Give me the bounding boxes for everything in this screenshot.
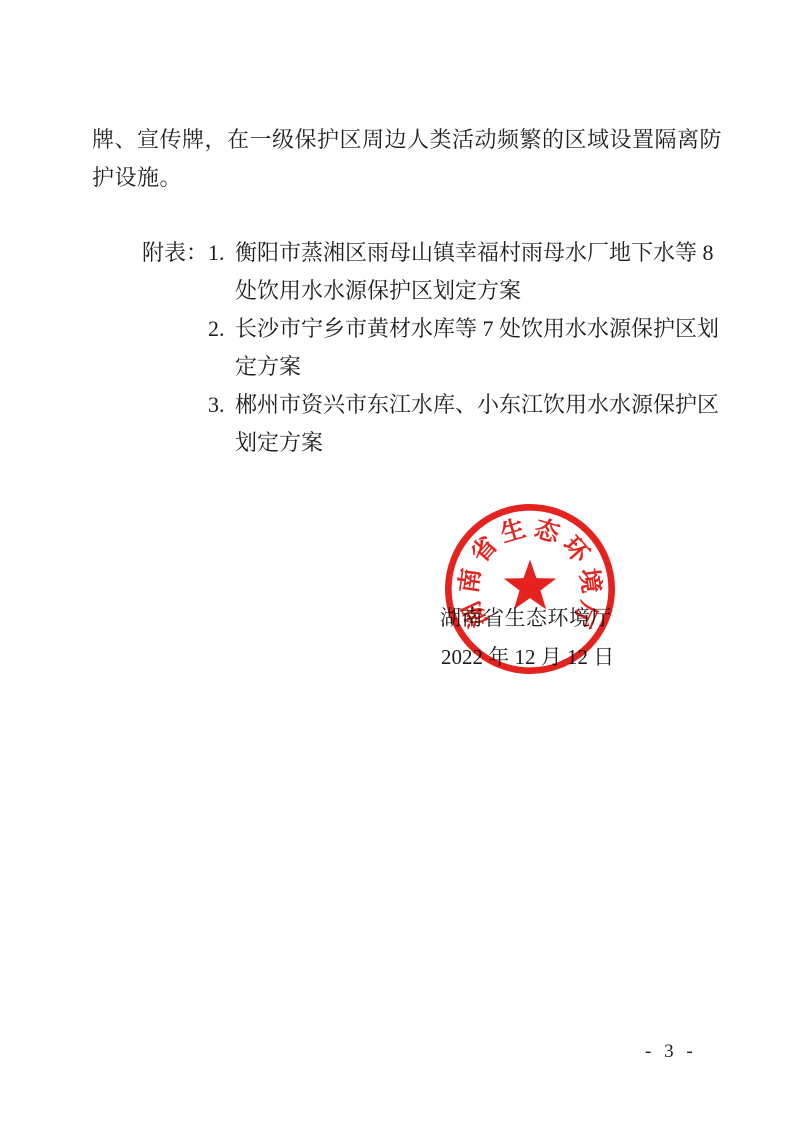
- attachment-item-line: 郴州市资兴市东江水库、小东江饮用水水源保护区: [235, 386, 722, 424]
- seal-star-icon: [504, 560, 556, 610]
- seal-arc-char: 厅: [567, 597, 603, 631]
- attachment-item-text: 郴州市资兴市东江水库、小东江饮用水水源保护区 划定方案: [235, 386, 722, 462]
- body-paragraph: 牌、宣传牌，在一级保护区周边人类活动频繁的区域设置隔离防 护设施。: [92, 121, 732, 197]
- attachment-item-line: 处饮用水水源保护区划定方案: [235, 272, 722, 310]
- attachment-items: 1. 衡阳市蒸湘区雨母山镇幸福村雨母水厂地下水等 8 处饮用水水源保护区划定方案…: [208, 234, 722, 462]
- official-seal: 湖 南 省 生 态 环 境 厅: [435, 494, 625, 684]
- attachment-item-text: 衡阳市蒸湘区雨母山镇幸福村雨母水厂地下水等 8 处饮用水水源保护区划定方案: [235, 234, 722, 310]
- attachment-item-number: 2.: [208, 310, 235, 348]
- paragraph-line: 牌、宣传牌，在一级保护区周边人类活动频繁的区域设置隔离防: [92, 121, 732, 159]
- attachment-item-3: 3. 郴州市资兴市东江水库、小东江饮用水水源保护区 划定方案: [208, 386, 722, 462]
- attachment-item-line: 衡阳市蒸湘区雨母山镇幸福村雨母水厂地下水等 8: [235, 234, 722, 272]
- attachment-item-line: 长沙市宁乡市黄材水库等 7 处饮用水水源保护区划: [235, 310, 722, 348]
- seal-arc-char: 境: [574, 566, 606, 595]
- attachment-item-line: 定方案: [235, 348, 722, 386]
- page-number: - 3 -: [645, 1041, 697, 1063]
- seal-arc-char: 态: [531, 514, 564, 548]
- seal-arc-char: 生: [497, 514, 529, 548]
- attachment-item-line: 划定方案: [235, 424, 722, 462]
- paragraph-line: 护设施。: [92, 159, 732, 197]
- attachment-item-2: 2. 长沙市宁乡市黄材水库等 7 处饮用水水源保护区划 定方案: [208, 310, 722, 386]
- seal-arc-char: 湖: [457, 597, 493, 631]
- seal-arc-char: 南: [455, 566, 486, 595]
- attachment-item-1: 1. 衡阳市蒸湘区雨母山镇幸福村雨母水厂地下水等 8 处饮用水水源保护区划定方案: [208, 234, 722, 310]
- attachment-item-number: 1.: [208, 234, 235, 272]
- attachment-list: 附表： 1. 衡阳市蒸湘区雨母山镇幸福村雨母水厂地下水等 8 处饮用水水源保护区…: [142, 234, 722, 462]
- attachment-item-text: 长沙市宁乡市黄材水库等 7 处饮用水水源保护区划 定方案: [235, 310, 722, 386]
- attachment-row: 附表： 1. 衡阳市蒸湘区雨母山镇幸福村雨母水厂地下水等 8 处饮用水水源保护区…: [142, 234, 722, 462]
- document-page: 牌、宣传牌，在一级保护区周边人类活动频繁的区域设置隔离防 护设施。 附表： 1.…: [0, 0, 793, 1122]
- attachment-item-number: 3.: [208, 386, 235, 424]
- attachment-label: 附表：: [142, 234, 208, 272]
